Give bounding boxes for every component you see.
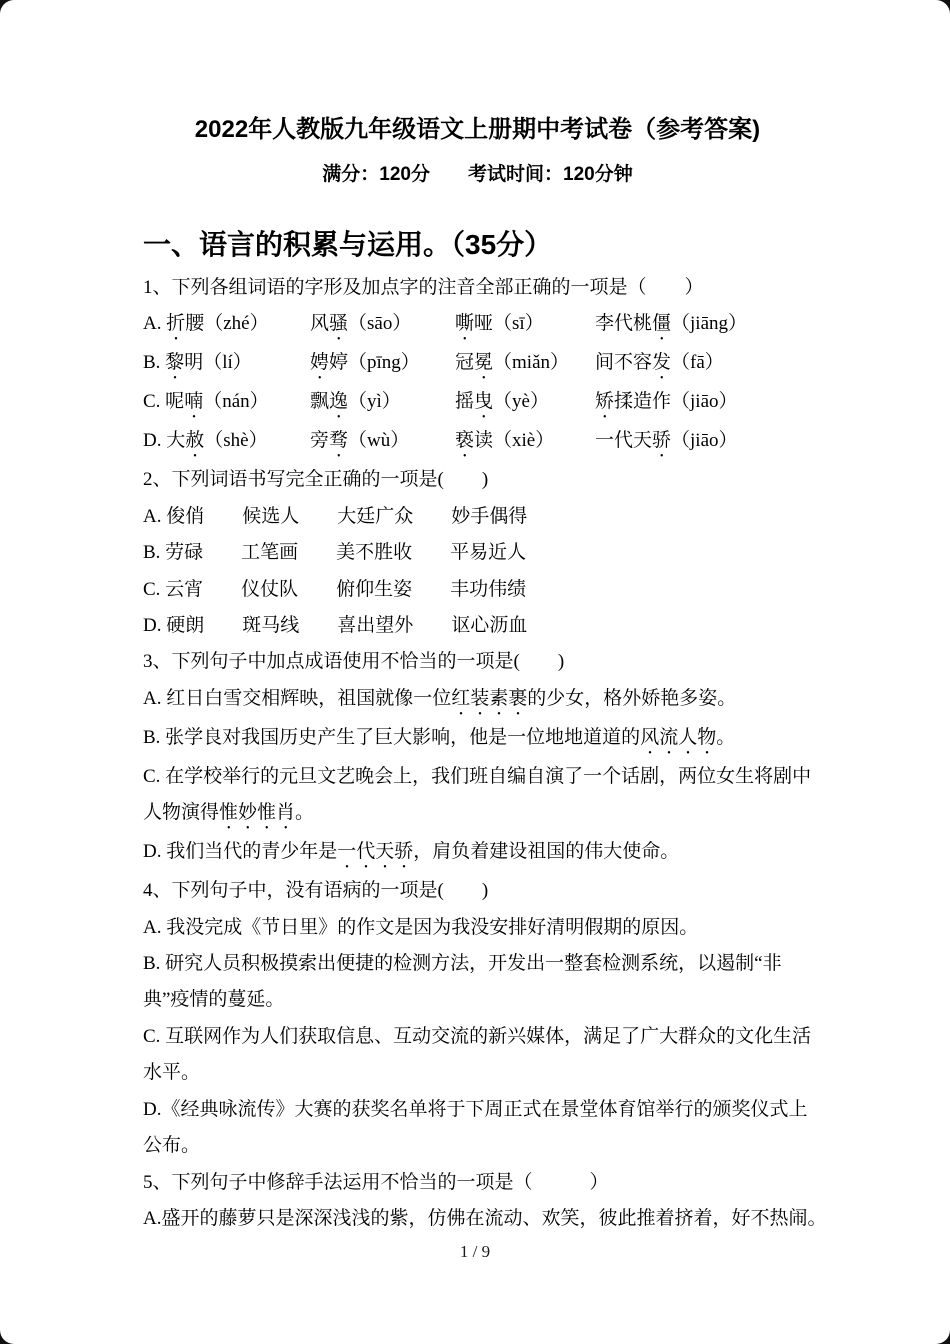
text-segment: 旁 — [310, 430, 329, 451]
text-segment: A. — [143, 313, 166, 334]
word-with-pinyin: 飘逸（yì） — [310, 384, 455, 423]
word-with-pinyin: C. 呢喃（nán） — [143, 384, 310, 423]
text-segment: B. 张学良对我国历史产生了巨大影响，他是一位地地道道的 — [143, 727, 640, 748]
dotted-char: 黎 — [165, 352, 184, 373]
word-with-pinyin: 冠冕（miǎn） — [455, 345, 595, 384]
q4-option-b-line1: B. 研究人员积极摸索出便捷的检测方法，开发出一整套检测系统，以遏制“非 — [143, 946, 812, 982]
dotted-char: 冕 — [474, 352, 493, 373]
dotted-idiom: 惟妙惟肖 — [219, 802, 295, 823]
page-content: 2022年人教版九年级语文上册期中考试卷（参考答案) 满分：120分 考试时间：… — [0, 0, 950, 1237]
text-segment: 间不容 — [595, 352, 652, 373]
exam-meta: 满分：120分 考试时间：120分钟 — [143, 162, 812, 188]
text-segment: C. 呢 — [143, 391, 184, 412]
q4-option-c-line2: 水平。 — [143, 1055, 812, 1091]
text-segment: ，肩负着建设祖国的伟大使命。 — [413, 841, 679, 862]
q4-option-d-line2: 公布。 — [143, 1128, 812, 1164]
text-segment: A. 红日白雪交相辉映，祖国就像一位 — [143, 688, 451, 709]
word-with-pinyin: 李代桃僵（jiāng） — [595, 306, 812, 345]
text-segment: （yì） — [348, 391, 401, 412]
q2-option-c: C. 云宵 仪仗队 俯仰生姿 丰功伟绩 — [143, 572, 812, 608]
dotted-char: 娉 — [310, 352, 329, 373]
text-segment: （fā） — [671, 352, 724, 373]
q3-option-b: B. 张学良对我国历史产生了巨大影响，他是一位地地道道的风流人物。 — [143, 720, 812, 759]
word-with-pinyin: A. 折腰（zhé） — [143, 306, 310, 345]
dotted-char: 亵 — [455, 430, 474, 451]
text-segment: 明（lí） — [184, 352, 252, 373]
word-with-pinyin: 摇曳（yè） — [455, 384, 595, 423]
q3-option-c-line2: 人物演得惟妙惟肖。 — [143, 795, 812, 834]
text-segment: D. 我们当代的青少年是 — [143, 841, 337, 862]
text-segment: 。 — [295, 802, 314, 823]
text-segment: （wù） — [348, 430, 409, 451]
q1-stem: 1、下列各组词语的字形及加点字的注音全部正确的一项是（ ） — [143, 270, 812, 306]
text-segment: 哑（sī） — [474, 313, 544, 334]
page-title: 2022年人教版九年级语文上册期中考试卷（参考答案) — [143, 0, 812, 146]
text-segment: 的少女，格外娇艳多姿。 — [527, 688, 736, 709]
question-block: 1、下列各组词语的字形及加点字的注音全部正确的一项是（ ） A. 折腰（zhé）… — [143, 270, 812, 1237]
text-segment: 一代天 — [595, 430, 652, 451]
text-segment: 。 — [716, 727, 735, 748]
dotted-idiom: 一代天骄 — [337, 841, 413, 862]
word-with-pinyin: D. 大赦（shè） — [143, 423, 310, 462]
text-segment: 李代桃 — [595, 313, 652, 334]
text-segment: （shè） — [204, 430, 267, 451]
q1-option-row-a: A. 折腰（zhé） 风骚（sāo） 嘶哑（sī） 李代桃僵（jiāng） — [143, 306, 812, 345]
dotted-char: 僵 — [652, 313, 671, 334]
q3-stem: 3、下列句子中加点成语使用不恰当的一项是( ) — [143, 644, 812, 680]
text-segment: D. 大 — [143, 430, 185, 451]
dotted-char: 发 — [652, 352, 671, 373]
q2-option-d: D. 硬朗 斑马线 喜出望外 讴心沥血 — [143, 608, 812, 644]
text-segment: （nán） — [203, 391, 268, 412]
word-with-pinyin: 亵读（xiè） — [455, 423, 595, 462]
page-number: 1 / 9 — [0, 1242, 950, 1262]
dotted-char: 赦 — [185, 430, 204, 451]
text-segment: （yè） — [493, 391, 549, 412]
q1-option-row-d: D. 大赦（shè） 旁骛（wù） 亵读（xiè） 一代天骄（jiāo） — [143, 423, 812, 462]
dotted-idiom: 红装素裹 — [451, 688, 527, 709]
dotted-char: 骛 — [329, 430, 348, 451]
q5-option-a: A.盛开的藤萝只是深深浅浅的紫，仿佛在流动、欢笑，彼此推着挤着，好不热闹。 — [143, 1201, 812, 1237]
exam-page: 2022年人教版九年级语文上册期中考试卷（参考答案) 满分：120分 考试时间：… — [0, 0, 950, 1344]
q1-option-row-c: C. 呢喃（nán） 飘逸（yì） 摇曳（yè） 矫揉造作（jiāo） — [143, 384, 812, 423]
text-segment: 飘 — [310, 391, 329, 412]
dotted-char: 骚 — [329, 313, 348, 334]
dotted-char: 逸 — [329, 391, 348, 412]
dotted-char: 喃 — [184, 391, 203, 412]
q4-option-b-line2: 典”疫情的蔓延。 — [143, 982, 812, 1018]
q4-option-c-line1: C. 互联网作为人们获取信息、互动交流的新兴媒体，满足了广大群众的文化生活 — [143, 1019, 812, 1055]
text-segment: 揉造作（jiāo） — [614, 391, 738, 412]
dotted-char: 曳 — [474, 391, 493, 412]
word-with-pinyin: 矫揉造作（jiāo） — [595, 384, 812, 423]
text-segment: 读（xiè） — [474, 430, 554, 451]
text-segment: （miǎn） — [493, 352, 569, 373]
text-segment: 风 — [310, 313, 329, 334]
q3-option-c-line1: C. 在学校举行的元旦文艺晚会上，我们班自编自演了一个话剧，两位女生将剧中 — [143, 759, 812, 795]
section-heading: 一、语言的积累与运用。（35分） — [143, 228, 812, 262]
word-with-pinyin: 旁骛（wù） — [310, 423, 455, 462]
q1-option-row-b: B. 黎明（lí） 娉婷（pīng） 冠冕（miǎn） 间不容发（fā） — [143, 345, 812, 384]
dotted-char: 折 — [166, 313, 185, 334]
dotted-char: 矫 — [595, 391, 614, 412]
text-segment: 婷（pīng） — [329, 352, 420, 373]
q3-option-d: D. 我们当代的青少年是一代天骄，肩负着建设祖国的伟大使命。 — [143, 834, 812, 873]
text-segment: 摇 — [455, 391, 474, 412]
text-segment: 腰（zhé） — [185, 313, 268, 334]
word-with-pinyin: 风骚（sāo） — [310, 306, 455, 345]
text-segment: 人物演得 — [143, 802, 219, 823]
q3-option-a: A. 红日白雪交相辉映，祖国就像一位红装素裹的少女，格外娇艳多姿。 — [143, 681, 812, 720]
q4-option-a: A. 我没完成《节日里》的作文是因为我没安排好清明假期的原因。 — [143, 910, 812, 946]
q2-option-b: B. 劳碌 工笔画 美不胜收 平易近人 — [143, 535, 812, 571]
word-with-pinyin: 娉婷（pīng） — [310, 345, 455, 384]
dotted-idiom: 风流人物 — [640, 727, 716, 748]
word-with-pinyin: 一代天骄（jiāo） — [595, 423, 812, 462]
q2-stem: 2、下列词语书写完全正确的一项是( ) — [143, 462, 812, 498]
dotted-char: 骄 — [652, 430, 671, 451]
dotted-char: 嘶 — [455, 313, 474, 334]
text-segment: B. — [143, 352, 165, 373]
q5-stem: 5、下列句子中修辞手法运用不恰当的一项是（ ） — [143, 1165, 812, 1201]
text-segment: 冠 — [455, 352, 474, 373]
q2-option-a: A. 俊俏 候选人 大廷广众 妙手偶得 — [143, 499, 812, 535]
word-with-pinyin: B. 黎明（lí） — [143, 345, 310, 384]
q4-option-d-line1: D.《经典咏流传》大赛的获奖名单将于下周正式在景堂体育馆举行的颁奖仪式上 — [143, 1092, 812, 1128]
text-segment: （sāo） — [348, 313, 411, 334]
text-segment: （jiāng） — [671, 313, 747, 334]
text-segment: （jiāo） — [671, 430, 738, 451]
word-with-pinyin: 嘶哑（sī） — [455, 306, 595, 345]
word-with-pinyin: 间不容发（fā） — [595, 345, 812, 384]
q4-stem: 4、下列句子中，没有语病的一项是( ) — [143, 873, 812, 909]
